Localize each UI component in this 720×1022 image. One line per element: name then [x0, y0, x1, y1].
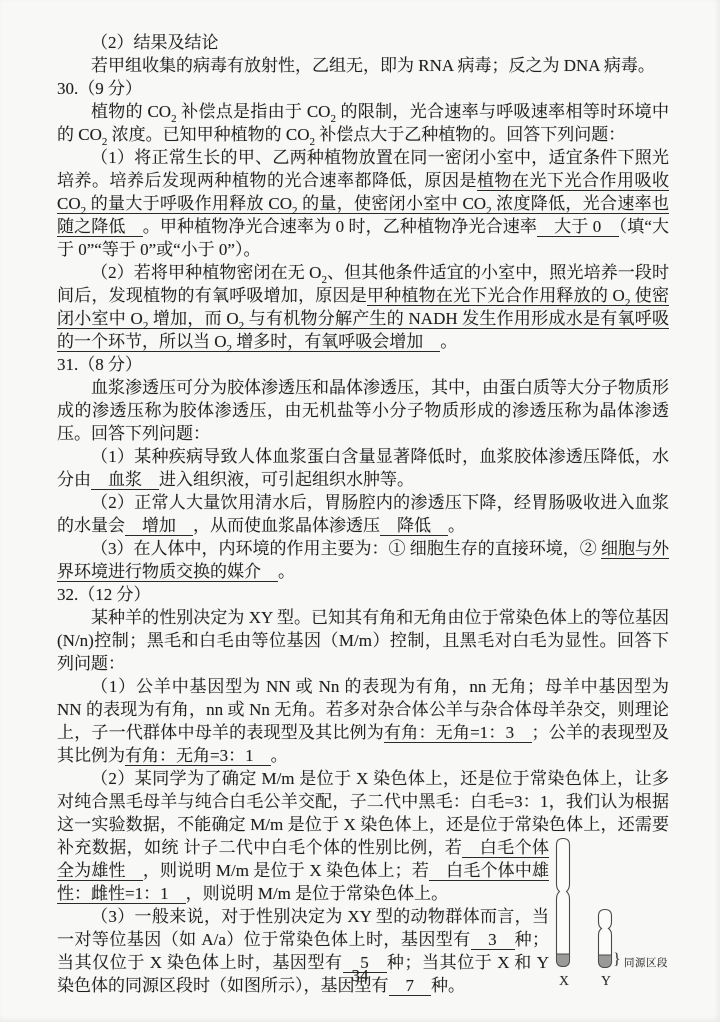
text-segment: 。 [448, 516, 465, 535]
q32-part1: （1）公羊中基因型为 NN 或 Nn 的表现为有角，nn 无角；母羊中基因型为 … [57, 675, 669, 767]
q32-part2: （2）某同学为了确定 M/m 是位于 X 染色体上，还是位于常染色体上，让多对纯… [57, 767, 669, 905]
text-segment: 计子二代中白毛个体的性别比例，若 [184, 838, 463, 857]
text-segment: （3）在人体中，内环境的作用主要为：① 细胞生存的直接环境，② [91, 539, 601, 558]
document-body: （2）结果及结论若甲组收集的病毒有放射性，乙组无，即为 RNA 病毒；反之为 D… [57, 31, 669, 997]
q31-number: 31.（8 分） [57, 353, 669, 376]
q30-intro: 植物的 CO2 补偿点是指由于 CO2 的限制，光合速率与呼吸速率相等时环境中的… [57, 100, 669, 146]
q29-result-heading: （2）结果及结论 [57, 31, 669, 54]
q30-part1: （1）将正常生长的甲、乙两种植物放置在同一密闭小室中，适宜条件下照光培养。培养后… [57, 146, 669, 261]
answer-underlined-text: 2 [292, 194, 298, 214]
text-segment: 补偿点是指由于 CO [177, 102, 331, 121]
answer-underlined-text: 大于 0 [537, 217, 619, 237]
q32-intro: 某种羊的性别决定为 XY 型。已知其有角和无角由位于常染色体上的等位基因(N/n… [57, 606, 669, 675]
text-segment: 补偿点大于乙种植物的。回答下列问题： [315, 125, 625, 144]
text-segment: 。 [278, 562, 295, 581]
text-segment: ，则说明 M/m 是位于常染色体上。 [186, 884, 449, 903]
answer-underlined-text: 血浆 [91, 470, 159, 490]
exam-page: （2）结果及结论若甲组收集的病毒有放射性，乙组无，即为 RNA 病毒；反之为 D… [0, 0, 720, 1022]
text-segment: （2）结果及结论 [91, 33, 219, 52]
text-segment: （2）若将甲种植物密闭在无 O [91, 263, 321, 282]
text-segment: 。甲种植物净光合速率为 0 时，乙种植物净光合速率 [143, 217, 537, 236]
q31-part3: （3）在人体中，内环境的作用主要为：① 细胞生存的直接环境，② 细胞与外界环境进… [57, 537, 669, 583]
answer-underlined-text: 2 [486, 194, 492, 214]
answer-underlined-text: 有角：无角=3：1 [125, 746, 271, 766]
answer-underlined-text: 的量，使密闭小室中 CO [298, 194, 487, 214]
answer-underlined-text: 降低 [380, 516, 448, 536]
answer-underlined-text: 的量大于呼吸作用释放 CO [86, 194, 292, 214]
answer-underlined-text: 3 [471, 930, 515, 950]
text-segment: ，则说明 M/m 是位于 X 染色体上；若 [143, 861, 429, 880]
text-segment: 浓度。已知甲种植物的 CO [107, 125, 309, 144]
text-segment: 若甲组收集的病毒有放射性，乙组无，即为 RNA 病毒；反之为 DNA 病毒。 [91, 56, 655, 75]
q30-number: 30.（9 分） [57, 77, 669, 100]
q31-part2: （2）正常人大量饮用清水后，胃肠腔内的渗透压下降，经胃肠吸收进入血浆的水量会 增… [57, 491, 669, 537]
q31-part1: （1）某种疾病导致人体血浆蛋白含量显著降低时，血浆胶体渗透压降低，水分由 血浆 … [57, 445, 669, 491]
q29-result-text: 若甲组收集的病毒有放射性，乙组无，即为 RNA 病毒；反之为 DNA 病毒。 [57, 54, 669, 77]
answer-underlined-text: 增加，而 O [148, 309, 238, 329]
q31-intro: 血浆渗透压可分为胶体渗透压和晶体渗透压，其中，由蛋白质等大分子物质形成的渗透压称… [57, 376, 669, 445]
text-segment: ，从而使血浆晶体渗透压 [193, 516, 380, 535]
answer-underlined-text: 增加 [125, 516, 193, 536]
q32-number: 32.（12 分） [57, 583, 669, 606]
page-number: 34 [0, 966, 720, 986]
text-segment: 某种羊的性别决定为 XY 型。已知其有角和无角由位于常染色体上的等位基因(N/n… [57, 608, 669, 673]
answer-underlined-text: 甲种植物在光下光合作用释放的 O [367, 286, 625, 306]
text-segment: 30.（9 分） [57, 79, 142, 98]
text-segment: 进入组织液，可引起组织水肿等。 [159, 470, 414, 489]
text-segment: 血浆渗透压可分为胶体渗透压和晶体渗透压，其中，由蛋白质等大分子物质形成的渗透压称… [57, 378, 669, 443]
text-segment: 32.（12 分） [57, 585, 151, 604]
x-homologous-region [557, 954, 570, 967]
x-chromosome-shape [557, 839, 570, 967]
text-segment: 。 [271, 746, 288, 765]
answer-underlined-text [423, 332, 440, 352]
answer-underlined-text: 增多时，有氧呼吸会增加 [232, 332, 423, 352]
q30-part2: （2）若将甲种植物密闭在无 O2、但其他条件适宜的小室中，照光培养一段时间后，发… [57, 261, 669, 353]
answer-underlined-text [261, 562, 278, 582]
text-segment: 植物的 CO [91, 102, 171, 121]
answer-underlined-text [126, 217, 143, 237]
text-segment: 。 [440, 332, 457, 351]
answer-underlined-text: 有角：无角=1：3 [384, 723, 532, 743]
text-segment: 31.（8 分） [57, 355, 142, 374]
